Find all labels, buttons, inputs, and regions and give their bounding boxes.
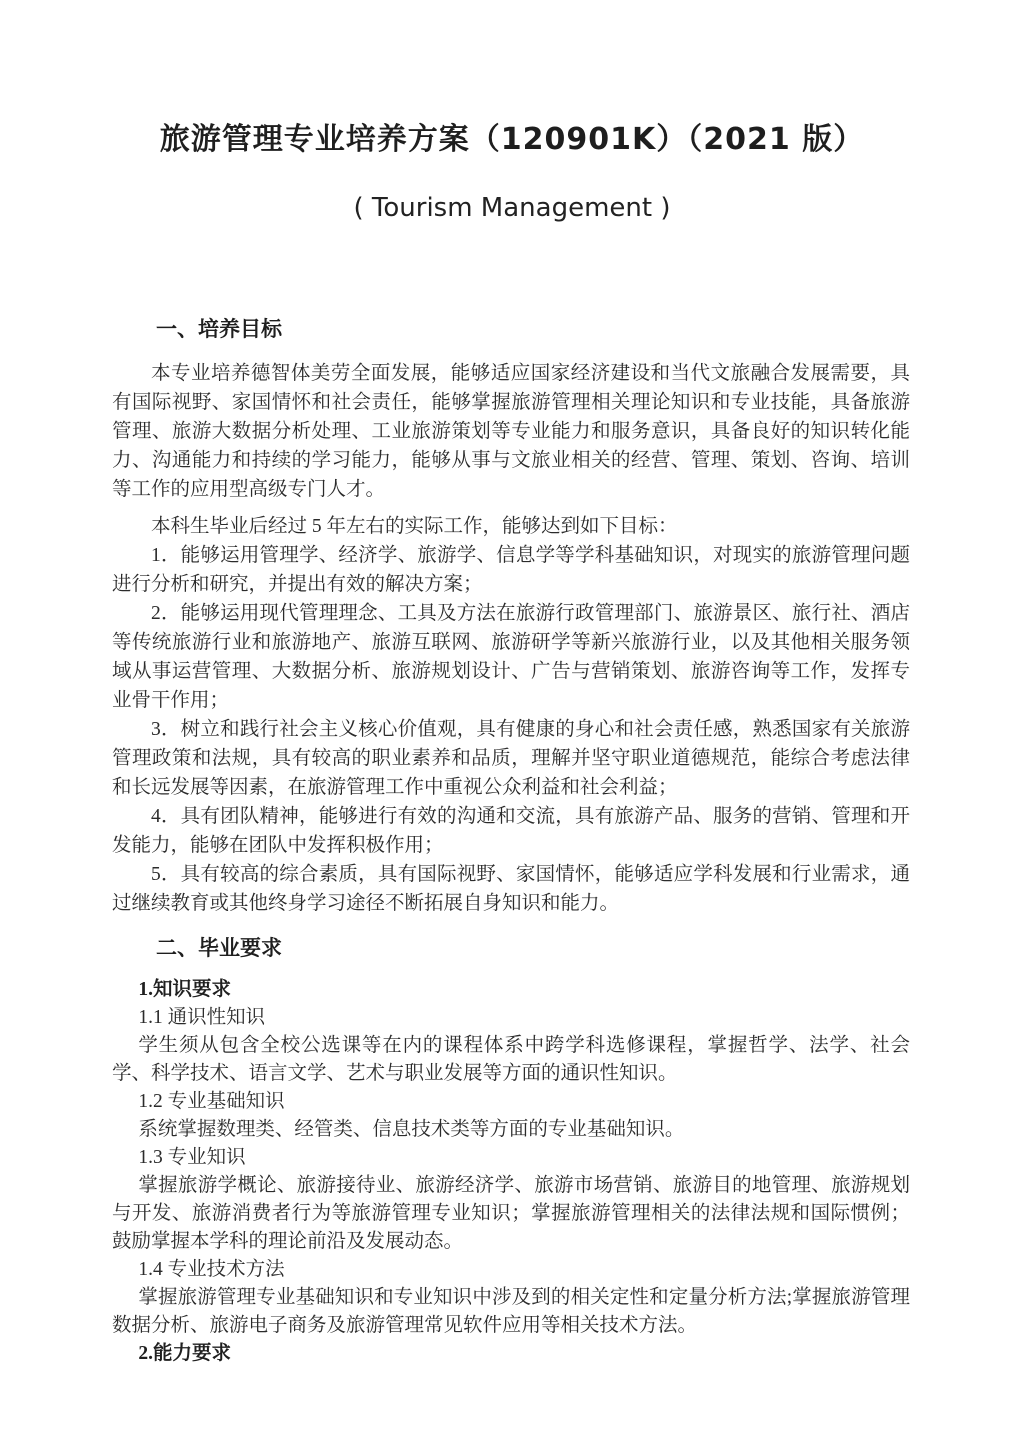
subheading-professional-technical-methods: 1.4 专业技术方法 [112,1256,910,1284]
section-heading-graduation-requirements: 二、毕业要求 [112,935,910,961]
subheading-professional-basic-knowledge: 1.2 专业基础知识 [112,1088,910,1116]
subheading-general-knowledge: 1.1 通识性知识 [112,1004,910,1032]
requirement-heading-knowledge: 1.知识要求 [112,976,910,1004]
paragraph-professional-technical-methods: 掌握旅游管理专业基础知识和专业知识中涉及到的相关定性和定量分析方法;掌握旅游管理… [112,1284,910,1340]
paragraph-general-knowledge: 学生须从包含全校公选课等在内的课程体系中跨学科选修课程，掌握哲学、法学、社会学、… [112,1032,910,1088]
paragraph-training-overview: 本专业培养德智体美劳全面发展，能够适应国家经济建设和当代文旅融合发展需要，具有国… [112,359,910,504]
paragraph-professional-knowledge: 掌握旅游学概论、旅游接待业、旅游经济学、旅游市场营销、旅游目的地管理、旅游规划与… [112,1172,910,1256]
section-heading-training-objectives: 一、培养目标 [112,316,910,342]
requirement-heading-ability: 2.能力要求 [112,1340,910,1368]
goal-item-2: 2．能够运用现代管理理念、工具及方法在旅游行政管理部门、旅游景区、旅行社、酒店等… [112,599,910,715]
document-body: 一、培养目标 本专业培养德智体美劳全面发展，能够适应国家经济建设和当代文旅融合发… [112,316,910,1368]
document-title: 旅游管理专业培养方案（120901K）（2021 版） [0,0,1024,158]
goal-item-5: 5．具有较高的综合素质，具有国际视野、家国情怀，能够适应学科发展和行业需求，通过… [112,860,910,918]
goal-item-1: 1．能够运用管理学、经济学、旅游学、信息学等学科基础知识，对现实的旅游管理问题进… [112,541,910,599]
paragraph-professional-basic-knowledge: 系统掌握数理类、经管类、信息技术类等方面的专业基础知识。 [112,1116,910,1144]
paragraph-goals-intro: 本科生毕业后经过 5 年左右的实际工作，能够达到如下目标： [112,512,910,541]
goal-item-4: 4．具有团队精神，能够进行有效的沟通和交流，具有旅游产品、服务的营销、管理和开发… [112,802,910,860]
goal-item-3: 3．树立和践行社会主义核心价值观，具有健康的身心和社会责任感，熟悉国家有关旅游管… [112,715,910,802]
document-page: 旅游管理专业培养方案（120901K）（2021 版） ( Tourism Ma… [0,0,1024,1448]
subheading-professional-knowledge: 1.3 专业知识 [112,1144,910,1172]
document-subtitle-english: ( Tourism Management ) [0,192,1024,224]
